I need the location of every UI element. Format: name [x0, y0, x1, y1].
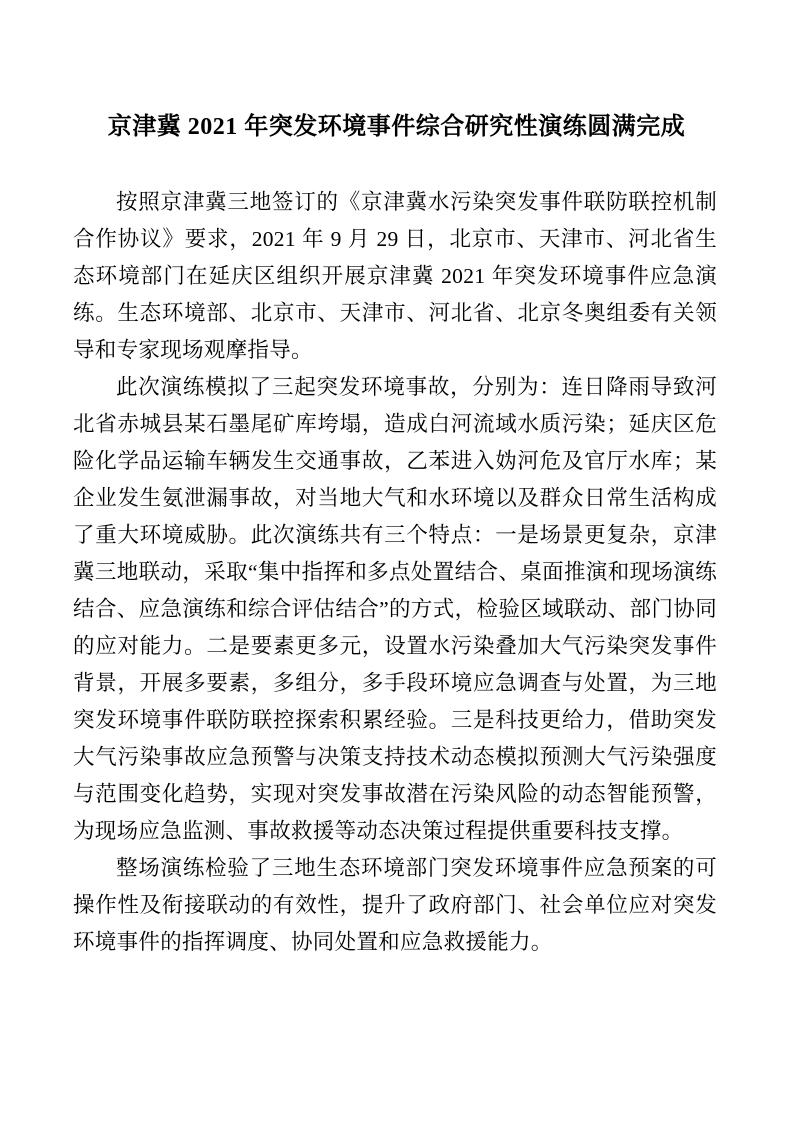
- document-title: 京津冀 2021 年突发环境事件综合研究性演练圆满完成: [58, 106, 735, 148]
- document-page: 京津冀 2021 年突发环境事件综合研究性演练圆满完成 按照京津冀三地签订的《京…: [0, 0, 793, 1122]
- paragraph-conclusion: 整场演练检验了三地生态环境部门突发环境事件应急预案的可操作性及衔接联动的有效性，…: [73, 850, 717, 961]
- paragraph-drill-details: 此次演练模拟了三起突发环境事故，分别为：连日降雨导致河北省赤城县某石墨尾矿库垮塌…: [73, 369, 717, 850]
- paragraph-intro: 按照京津冀三地签订的《京津冀水污染突发事件联防联控机制合作协议》要求，2021 …: [73, 184, 717, 369]
- document-body: 按照京津冀三地签订的《京津冀水污染突发事件联防联控机制合作协议》要求，2021 …: [73, 184, 717, 961]
